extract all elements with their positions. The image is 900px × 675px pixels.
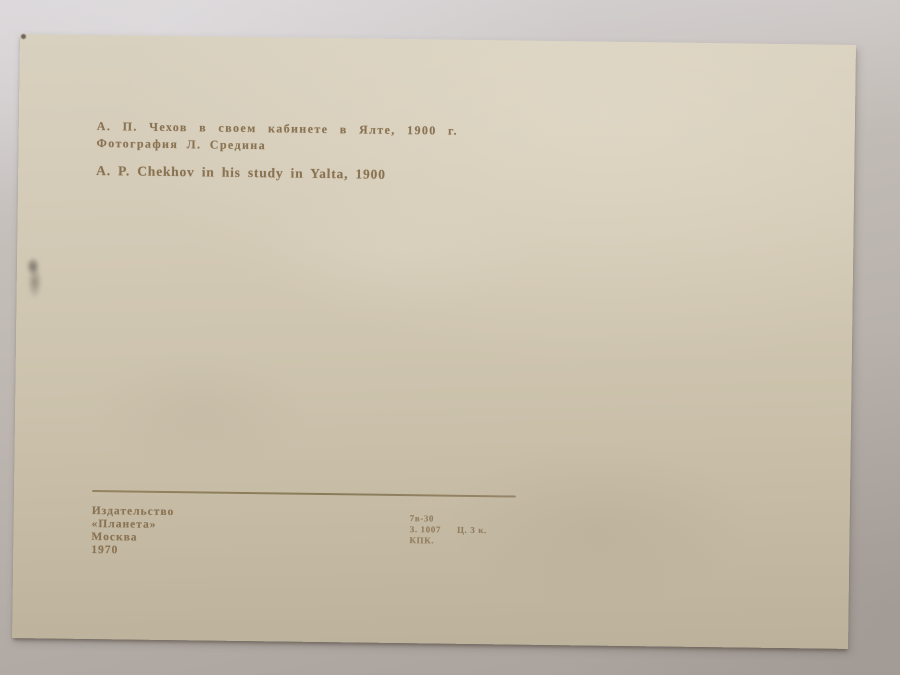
print-order-number: З. 1007	[409, 524, 441, 534]
caption-russian-line2: Фотография Л. Средина	[96, 136, 457, 156]
print-price: Ц. 3 к.	[457, 525, 487, 535]
publisher-name-line: Издательство	[92, 505, 175, 519]
publisher-brand-line: «Планета»	[92, 518, 175, 532]
postcard-back: А. П. Чехов в своем кабинете в Ялте, 190…	[12, 34, 856, 649]
print-codes-block: 7в-30 З. 1007Ц. 3 к. КПК.	[409, 513, 487, 547]
staple-smudge-mark	[22, 254, 49, 306]
caption-english-line: A. P. Chekhov in his study in Yalta, 190…	[96, 163, 457, 184]
publisher-year-line: 1970	[91, 544, 174, 558]
postcard-photo-backdrop: А. П. Чехов в своем кабинете в Ялте, 190…	[0, 0, 900, 675]
caption-block: А. П. Чехов в своем кабинете в Ялте, 190…	[96, 119, 458, 184]
publisher-city-line: Москва	[91, 531, 174, 545]
publisher-imprint: Издательство «Планета» Москва 1970	[91, 505, 174, 558]
print-code-line3: КПК.	[409, 535, 486, 547]
corner-fleck-mark	[21, 34, 26, 39]
imprint-divider-rule	[92, 490, 516, 498]
